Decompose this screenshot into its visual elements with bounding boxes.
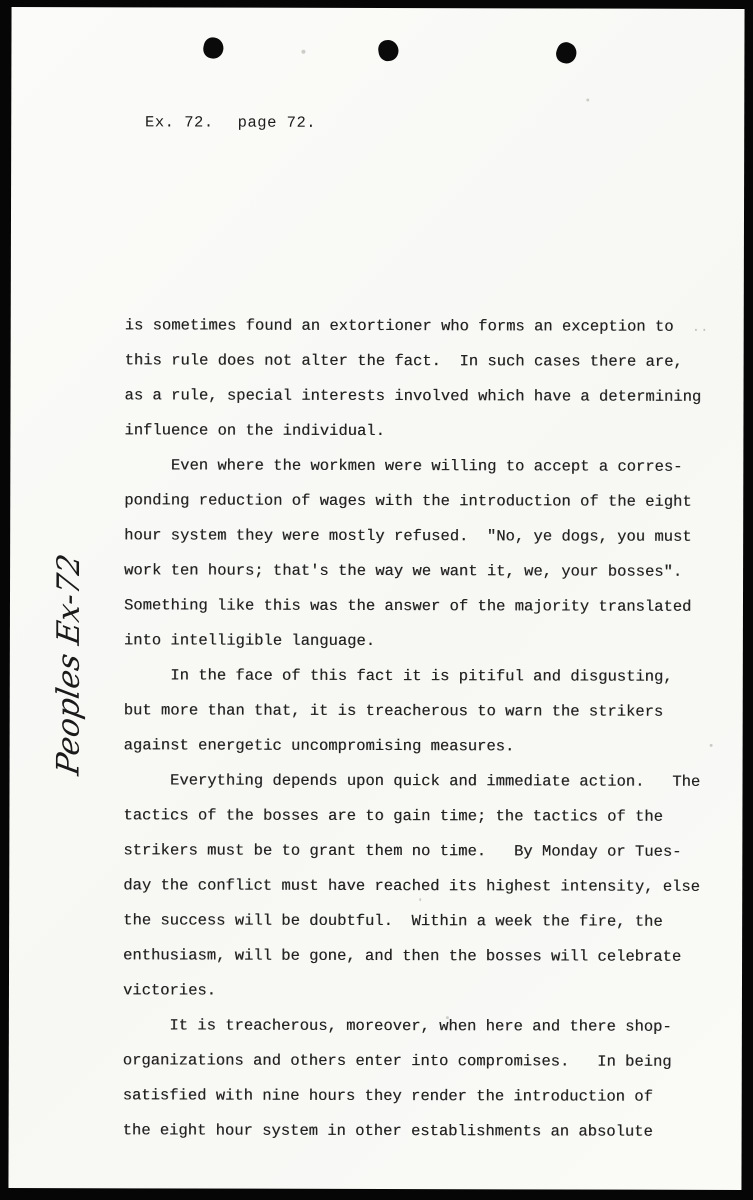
body-line: influence on the individual. bbox=[124, 413, 724, 450]
body-line: the eight hour system in other establish… bbox=[123, 1113, 723, 1150]
body-line: Something like this was the answer of th… bbox=[124, 588, 724, 625]
scanned-page: Ex. 72.page 72. Peoples Ex-72 is sometim… bbox=[0, 0, 753, 1200]
body-line: enthusiasm, will be gone, and then the b… bbox=[123, 938, 723, 975]
punch-hole-icon bbox=[553, 40, 579, 67]
body-line: but more than that, it is treacherous to… bbox=[124, 693, 724, 730]
punch-hole-icon bbox=[377, 39, 400, 63]
body-line: hour system they were mostly refused. "N… bbox=[124, 518, 724, 555]
exhibit-label: Ex. 72. bbox=[145, 113, 214, 131]
body-line: day the conflict must have reached its h… bbox=[123, 868, 723, 905]
body-line: work ten hours; that's the way we want i… bbox=[124, 553, 724, 590]
body-line: Everything depends upon quick and immedi… bbox=[123, 763, 723, 800]
body-line: It is treacherous, moreover, when here a… bbox=[123, 1008, 723, 1045]
body-line: into intelligible language. bbox=[124, 623, 724, 660]
body-line: In the face of this fact it is pitiful a… bbox=[124, 658, 724, 695]
body-line: against energetic uncompromising measure… bbox=[124, 728, 724, 765]
page-header: Ex. 72.page 72. bbox=[86, 95, 316, 150]
page-number-label: page 72. bbox=[238, 114, 316, 132]
body-line: Even where the workmen were willing to a… bbox=[124, 448, 724, 485]
body-line: as a rule, special interests involved wh… bbox=[124, 378, 724, 415]
punch-hole-icon bbox=[201, 36, 225, 61]
body-line: tactics of the bosses are to gain time; … bbox=[123, 798, 723, 835]
body-line: victories. bbox=[123, 973, 723, 1010]
handwritten-margin-note: Peoples Ex-72 bbox=[50, 506, 95, 824]
body-line: satisfied with nine hours they render th… bbox=[123, 1078, 723, 1115]
body-line: ponding reduction of wages with the intr… bbox=[124, 483, 724, 520]
body-line: organizations and others enter into comp… bbox=[123, 1043, 723, 1080]
scan-speckle bbox=[586, 99, 589, 102]
paper-sheet: Ex. 72.page 72. Peoples Ex-72 is sometim… bbox=[8, 7, 744, 1190]
body-line: strikers must be to grant them no time. … bbox=[123, 833, 723, 870]
body-line: this rule does not alter the fact. In su… bbox=[125, 343, 725, 380]
scan-speckle bbox=[301, 50, 305, 54]
body-line: the success will be doubtful. Within a w… bbox=[123, 903, 723, 940]
body-line: is sometimes found an extortioner who fo… bbox=[125, 308, 725, 345]
faint-ink-mark: .. bbox=[692, 320, 709, 336]
typewritten-body: is sometimes found an extortioner who fo… bbox=[123, 308, 725, 1150]
